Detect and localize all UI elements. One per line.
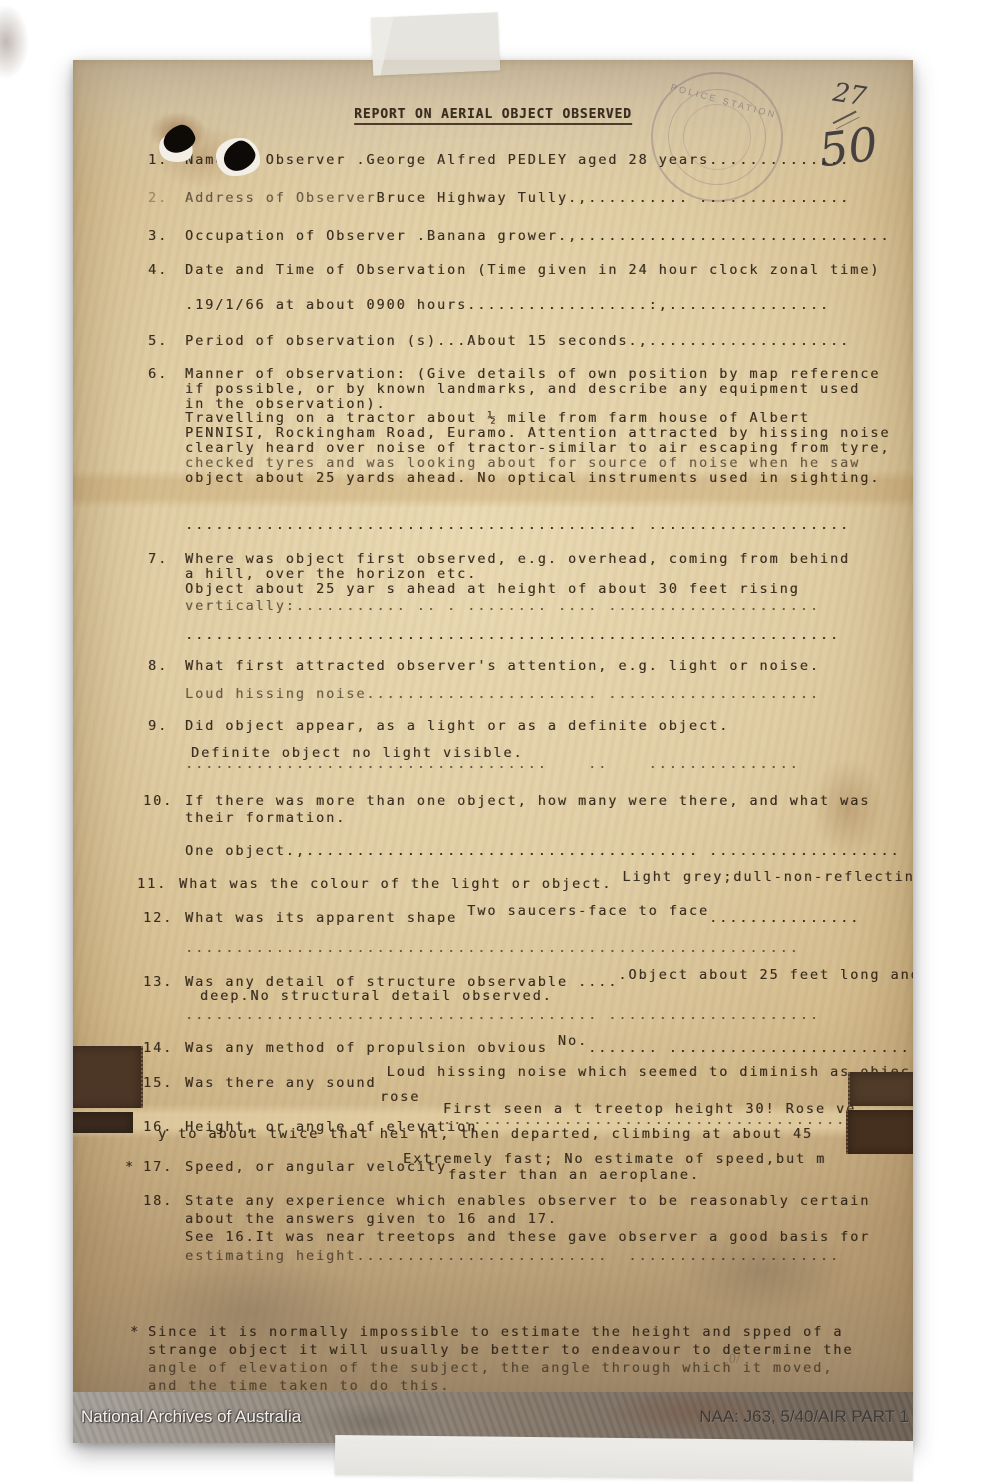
footnote-line-4: and the time taken to do this. [148, 1379, 450, 1393]
item-18-answer-1: See 16.It was near treetops and these ga… [185, 1230, 870, 1244]
item-6-answer-3: clearly heard over noise of tractor-simi… [185, 441, 890, 455]
item-4-question: Date and Time of Observation (Time given… [185, 262, 880, 278]
item-16-dotted-rule: ........................................ [443, 1113, 846, 1127]
faint-scribble: ..0/ [720, 1351, 741, 1368]
item-6-number: 6. [148, 367, 185, 381]
item-8-number: 8. [148, 659, 185, 673]
item-15-question: Was there any sound [185, 1075, 387, 1091]
scanned-report-page: POLICE STATION REPORT ON AERIAL OBJECT O… [73, 60, 913, 1443]
clear-tape-bottom [335, 1435, 913, 1481]
item-10-question-2: their formation. [185, 811, 346, 825]
item-9-number: 9. [148, 719, 185, 733]
dark-tape-left-lower [73, 1112, 133, 1133]
item-1-answer: .George Alfred PEDLEY aged 28 years.....… [346, 152, 850, 168]
item-2-number: 2. [148, 191, 185, 205]
item-12-number: 12. [143, 911, 185, 925]
clear-tape-top [371, 12, 500, 75]
scan-corner-smudge [0, 0, 54, 96]
item-11-row: 11.What was the colour of the light or o… [137, 877, 913, 891]
item-4-number: 4. [148, 263, 185, 277]
item-3-answer: .Banana grower.,........................… [407, 228, 891, 244]
item-17-question: Speed, or angular velocity [185, 1159, 447, 1175]
item-13-number: 13. [143, 975, 185, 989]
item-18-question: State any experience which enables obser… [185, 1193, 870, 1209]
item-16-answer-2: y to about twice that hei ht, then depar… [158, 1127, 813, 1141]
item-2-row: 2.Address of ObserverBruce Highway Tully… [148, 191, 850, 205]
police-station-stamp: POLICE STATION [651, 72, 783, 202]
item-12-dots: ............... [709, 910, 860, 926]
item-12-question: What was its apparent shape [185, 910, 457, 926]
item-4-row: 4.Date and Time of Observation (Time giv… [148, 263, 880, 277]
item-10-number: 10. [143, 794, 185, 808]
item-6-question-2: if possible, or by known landmarks, and … [185, 382, 860, 396]
item-9-dotted-rule: .................................... .. … [185, 757, 800, 771]
footnote-line-2: strange object it will usually be better… [148, 1343, 853, 1357]
item-5-number: 5. [148, 334, 185, 348]
item-15-number: 15. [143, 1076, 185, 1090]
item-14-dots: ....... ......................... [588, 1040, 913, 1056]
item-15-answer: Loud hissing noise which seemed to dimin… [387, 1064, 911, 1080]
item-13-dotted-rule: ........................................… [185, 1008, 820, 1022]
item-3-number: 3. [148, 229, 185, 243]
archive-caption-bar: National Archives of Australia NAA: J63,… [73, 1392, 913, 1443]
footnote-asterisk: * [130, 1325, 140, 1339]
item-5-question: Period of observation (s) [185, 333, 437, 349]
item-1-question: Name of Observer [185, 152, 346, 168]
item-15-answer-2: rose [380, 1090, 420, 1104]
item-13-answer: .Object about 25 feet long and 8'to9 [618, 967, 913, 983]
item-13-answer-2: deep.No structural detail observed. [200, 989, 553, 1003]
item-18-number: 18. [143, 1194, 185, 1208]
item-17-answer-1: Extremely fast; No estimate of speed,but… [403, 1152, 826, 1166]
item-7-answer-2: vertically:........... .. . ........ ...… [185, 599, 820, 613]
item-3-question: Occupation of Observer [185, 228, 407, 244]
item-7-answer-1: Object about 25 yar s ahead at height of… [185, 582, 800, 596]
item-2-question: Address of Observer [185, 190, 376, 206]
item-8-row: 8.What first attracted observer's attent… [148, 659, 820, 673]
ink-blot-hole [216, 134, 262, 178]
item-6-row: 6.Manner of observation: (Give details o… [148, 367, 880, 381]
item-13-row: 13.Was any detail of structure observabl… [143, 975, 913, 989]
footnote-line-1: Since it is normally impossible to estim… [148, 1325, 843, 1339]
item-11-question: What was the colour of the light or obje… [179, 876, 612, 892]
item-10-question: If there was more than one object, how m… [185, 793, 870, 809]
item-17-number: 17. [143, 1160, 185, 1174]
dark-tape-right-lower [846, 1110, 913, 1154]
item-4-answer: .19/1/66 at about 0900 hours............… [185, 298, 830, 312]
page-title: REPORT ON AERIAL OBJECT OBSERVED [354, 108, 632, 125]
item-14-question: Was any method of propulsion obvious [185, 1040, 558, 1056]
item-10-row: 10.If there was more than one object, ho… [143, 794, 870, 808]
item-7-question: Where was object first observed, e.g. ov… [185, 551, 850, 567]
item-17-asterisk: * [125, 1160, 143, 1174]
item-7-number: 7. [148, 552, 185, 566]
ink-blot-hole [157, 124, 201, 166]
item-8-question: What first attracted observer's attentio… [185, 658, 820, 674]
item-14-row: 14.Was any method of propulsion obvious … [143, 1041, 913, 1055]
item-6-dotted-rule: ........................................… [185, 518, 850, 532]
item-2-answer: Bruce Highway Tully.,.......... ........… [376, 190, 850, 206]
item-7-dotted-rule: ........................................… [185, 628, 840, 642]
item-6-answer-4: checked tyres and was looking about for … [185, 456, 860, 470]
item-9-question: Did object appear, as a light or as a de… [185, 718, 729, 734]
item-18-question-2: about the answers given to 16 and 17. [185, 1212, 558, 1226]
item-18-answer-2: estimating height.......................… [185, 1249, 840, 1263]
item-6-answer-1: Travelling on a tractor about ½ mile fro… [185, 411, 810, 425]
item-18-row: 18.State any experience which enables ob… [143, 1194, 870, 1208]
handwritten-number-top: 27 [831, 78, 868, 113]
item-17-row: *17.Speed, or angular velocity [125, 1160, 447, 1174]
item-11-number: 11. [137, 877, 179, 891]
item-17-answer-2: faster than an aeroplane. [448, 1168, 700, 1182]
item-6-question: Manner of observation: (Give details of … [185, 366, 880, 382]
dark-tape-left [73, 1046, 143, 1108]
item-5-row: 5.Period of observation (s)...About 15 s… [148, 334, 850, 348]
item-8-answer: Loud hissing noise......................… [185, 687, 820, 701]
item-14-number: 14. [143, 1041, 185, 1055]
handwritten-number-bottom: 50 [816, 117, 881, 178]
dark-tape-right-upper [848, 1072, 913, 1106]
item-9-row: 9.Did object appear, as a light or as a … [148, 719, 729, 733]
item-3-row: 3.Occupation of Observer .Banana grower.… [148, 229, 890, 243]
item-7-question-2: a hill, over the horizon etc. [185, 567, 477, 581]
archive-name-label: National Archives of Australia [81, 1407, 301, 1427]
item-6-answer-5: object about 25 yards ahead. No optical … [185, 471, 880, 485]
screenshot-root: { "document": { "title": "REPORT ON AERI… [0, 0, 1000, 1482]
item-12-dotted-rule: ........................................… [185, 941, 800, 955]
item-6-answer-2: PENNISI, Rockingham Road, Euramo. Attent… [185, 426, 890, 440]
item-11-answer: Light grey;dull-non-reflecting [612, 869, 913, 885]
item-15-row: 15.Was there any sound Loud hissing nois… [143, 1076, 911, 1090]
item-5-answer: ...About 15 seconds.,...................… [437, 333, 850, 349]
item-10-answer: One object.,............................… [185, 844, 901, 858]
item-14-answer: No. [558, 1033, 588, 1049]
item-12-row: 12.What was its apparent shape Two sauce… [143, 911, 860, 925]
item-6-question-3: in the observation). [185, 397, 387, 411]
archive-reference-label: NAA: J63, 5/40/AIR PART 1 [699, 1407, 909, 1427]
item-12-answer: Two saucers-face to face [457, 903, 709, 919]
item-7-row: 7.Where was object first observed, e.g. … [148, 552, 850, 566]
